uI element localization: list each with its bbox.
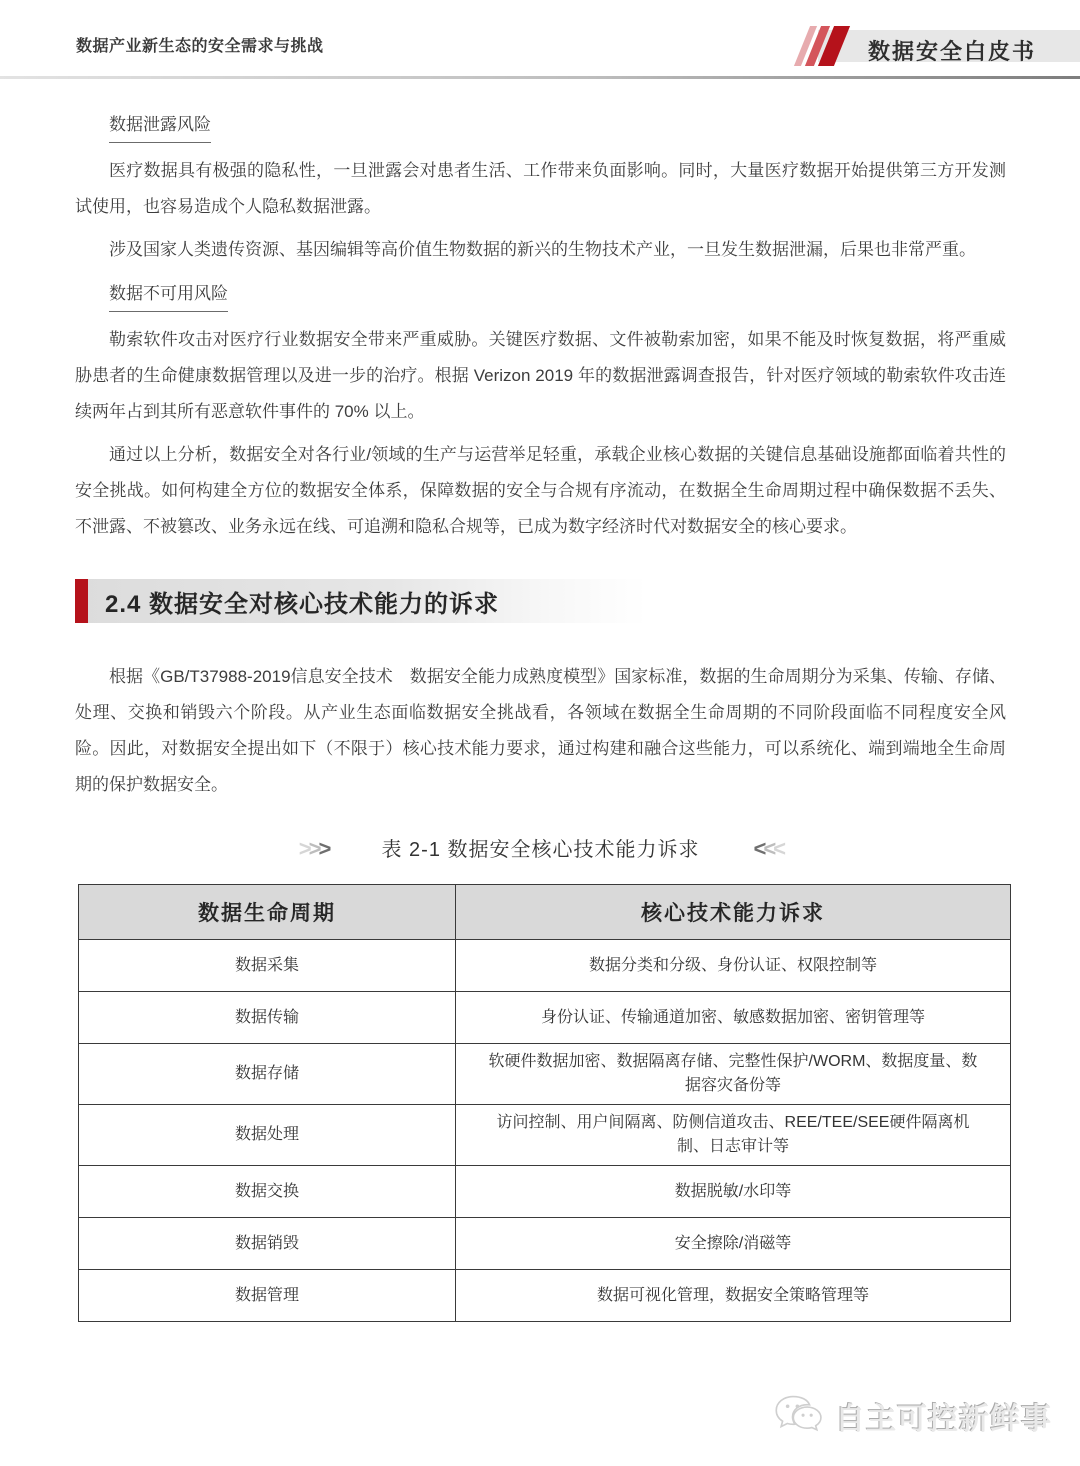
paragraph-ransomware: 勒索软件攻击对医疗行业数据安全带来严重威胁。关键医疗数据、文件被勒索加密，如果不… bbox=[75, 322, 1006, 430]
wechat-icon bbox=[773, 1394, 825, 1438]
section-heading-bar: 2.4 数据安全对核心技术能力的诉求 bbox=[75, 579, 647, 623]
stage-cell: 数据传输 bbox=[79, 992, 456, 1044]
stage-cell: 数据处理 bbox=[79, 1105, 456, 1166]
footer-brand-text: 自主可控新鲜事 bbox=[835, 1394, 1052, 1438]
stage-cell: 数据管理 bbox=[79, 1270, 456, 1322]
paragraph-medical-privacy: 医疗数据具有极强的隐私性，一旦泄露会对患者生活、工作带来负面影响。同时，大量医疗… bbox=[75, 153, 1006, 225]
section-red-marker bbox=[75, 579, 88, 623]
paragraph-genetic-data: 涉及国家人类遗传资源、基因编辑等高价值生物数据的新兴的生物技术产业，一旦发生数据… bbox=[75, 232, 1006, 268]
table-row: 数据交换 数据脱敏/水印等 bbox=[79, 1166, 1011, 1218]
capability-cell: 数据脱敏/水印等 bbox=[456, 1166, 1011, 1218]
capability-cell: 访问控制、用户间隔离、防侧信道攻击、REE/TEE/SEE硬件隔离机制、日志审计… bbox=[456, 1105, 1011, 1166]
stage-cell: 数据销毁 bbox=[79, 1218, 456, 1270]
risk-heading-unavailable: 数据不可用风险 bbox=[109, 279, 228, 312]
header-right-title: 数据安全白皮书 bbox=[868, 35, 1036, 66]
stage-cell: 数据交换 bbox=[79, 1166, 456, 1218]
whitepaper-page: 数据产业新生态的安全需求与挑战 数据安全白皮书 数据泄露风险 医疗数据具有极强的… bbox=[0, 0, 1080, 1466]
capability-cell: 安全擦除/消磁等 bbox=[456, 1218, 1011, 1270]
table-caption-text: 表 2-1 数据安全核心技术能力诉求 bbox=[381, 839, 699, 861]
risk-heading-leak: 数据泄露风险 bbox=[109, 110, 211, 143]
capability-cell: 软硬件数据加密、数据隔离存储、完整性保护/WORM、数据度量、数据容灾备份等 bbox=[456, 1044, 1011, 1105]
capability-cell: 数据分类和分级、身份认证、权限控制等 bbox=[456, 940, 1011, 992]
paragraph-analysis-summary: 通过以上分析，数据安全对各行业/领域的生产与运营举足轻重，承载企业核心数据的关键… bbox=[75, 437, 1006, 545]
red-stripes-icon bbox=[800, 26, 860, 66]
page-content: 数据泄露风险 医疗数据具有极强的隐私性，一旦泄露会对患者生活、工作带来负面影响。… bbox=[75, 106, 1006, 1322]
column-header-lifecycle: 数据生命周期 bbox=[79, 885, 456, 940]
header-left-title: 数据产业新生态的安全需求与挑战 bbox=[76, 33, 324, 56]
paragraph-gbt-standard: 根据《GB/T37988-2019信息安全技术 数据安全能力成熟度模型》国家标准… bbox=[75, 659, 1006, 803]
section-title: 2.4 数据安全对核心技术能力的诉求 bbox=[105, 584, 499, 619]
table-caption: >>> 表 2-1 数据安全核心技术能力诉求 <<< bbox=[75, 833, 1006, 862]
capability-cell: 身份认证、传输通道加密、敏感数据加密、密钥管理等 bbox=[456, 992, 1011, 1044]
stage-cell: 数据采集 bbox=[79, 940, 456, 992]
caption-right-arrows-icon: <<< bbox=[753, 836, 783, 861]
table-row: 数据销毁 安全擦除/消磁等 bbox=[79, 1218, 1011, 1270]
table-row: 数据采集 数据分类和分级、身份认证、权限控制等 bbox=[79, 940, 1011, 992]
header-divider bbox=[0, 76, 1080, 79]
caption-left-arrows-icon: >>> bbox=[298, 836, 328, 861]
table-row: 数据存储 软硬件数据加密、数据隔离存储、完整性保护/WORM、数据度量、数据容灾… bbox=[79, 1044, 1011, 1105]
table-row: 数据处理 访问控制、用户间隔离、防侧信道攻击、REE/TEE/SEE硬件隔离机制… bbox=[79, 1105, 1011, 1166]
table-row: 数据管理 数据可视化管理，数据安全策略管理等 bbox=[79, 1270, 1011, 1322]
table-row: 数据传输 身份认证、传输通道加密、敏感数据加密、密钥管理等 bbox=[79, 992, 1011, 1044]
stage-cell: 数据存储 bbox=[79, 1044, 456, 1105]
capability-table: 数据生命周期 核心技术能力诉求 数据采集 数据分类和分级、身份认证、权限控制等 … bbox=[78, 884, 1011, 1322]
column-header-capability: 核心技术能力诉求 bbox=[456, 885, 1011, 940]
footer-brand: 自主可控新鲜事 bbox=[773, 1394, 1052, 1438]
capability-cell: 数据可视化管理，数据安全策略管理等 bbox=[456, 1270, 1011, 1322]
table-header-row: 数据生命周期 核心技术能力诉求 bbox=[79, 885, 1011, 940]
